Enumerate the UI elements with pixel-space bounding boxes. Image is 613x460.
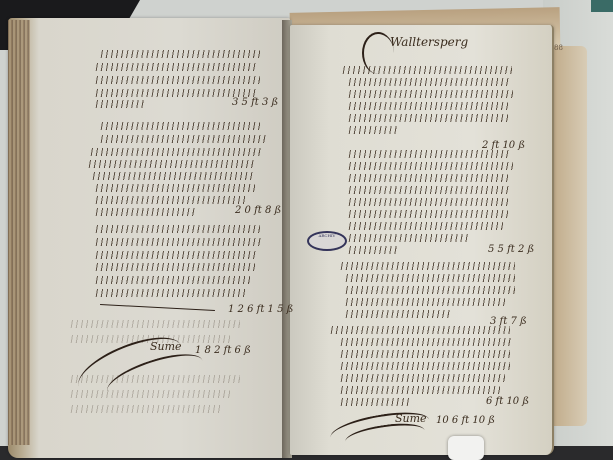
amount: 6 ft 10 ß <box>486 396 529 407</box>
amount: 3 5 ft 3 ß <box>232 97 278 108</box>
stamp-text: ARCHIV <box>319 233 336 238</box>
page-number: 88 <box>554 44 563 52</box>
signature-word: Sume <box>395 412 427 425</box>
amount: 2 0 ft 8 ß <box>235 205 281 216</box>
teal-object-corner <box>591 0 613 12</box>
left-page-edge <box>8 20 30 445</box>
amount: 5 5 ft 2 ß <box>488 244 534 255</box>
amount: 10 6 ft 10 ß <box>436 415 495 426</box>
archive-stamp: ARCHIV <box>307 231 347 251</box>
amount: 1 8 2 ft 6 ß <box>195 345 251 356</box>
page-heading: Walltersperg <box>390 35 468 49</box>
amount: 1 2 6 ft 1 5 ß <box>228 304 293 315</box>
page-clip <box>448 436 484 460</box>
